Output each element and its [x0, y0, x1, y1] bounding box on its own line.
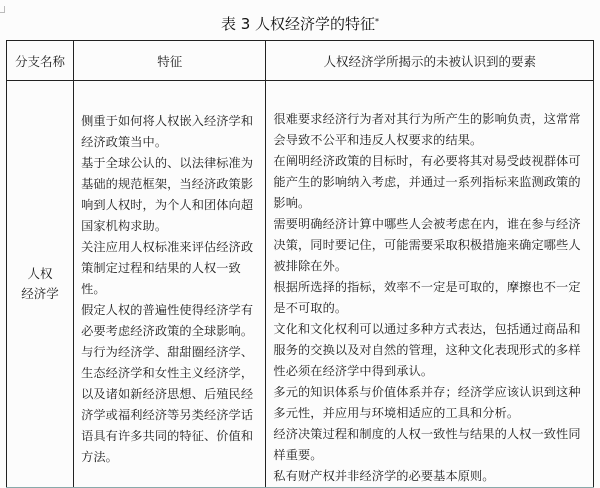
element-item: 多元的知识体系与价值体系并存；经济学应该认识到这种多元性，并应用与环境相适应的工… [273, 382, 587, 424]
page-corner-mark [0, 6, 5, 13]
unrecognized-elements-cell: 很难要求经济行为者对其行为所产生的影响负责，这常常会导致不公平和违反人权要求的结… [266, 81, 594, 488]
table-row: 人权 经济学 侧重于如何将人权嵌入经济学和经济政策当中。 基于全球公认的、以法律… [7, 81, 594, 488]
branch-name-line: 经济学 [7, 284, 73, 304]
branch-name-cell: 人权 经济学 [7, 81, 74, 488]
table-title-text: 表 3 人权经济学的特征 [221, 15, 375, 33]
header-unrecognized-elements: 人权经济学所揭示的未被认识到的要素 [266, 41, 594, 81]
element-item: 经济决策过程和制度的人权一致性与结果的人权一致性同样重要。 [273, 424, 587, 466]
characteristics-table: 分支名称 特征 人权经济学所揭示的未被认识到的要素 人权 经济学 侧重于如何将人… [6, 40, 594, 488]
branch-name-line: 人权 [7, 264, 73, 284]
table-title: 表 3 人权经济学的特征* [0, 13, 600, 35]
element-item: 私有财产权并非经济学的必要基本原则。 [273, 466, 587, 487]
characteristic-item: 侧重于如何将人权嵌入经济学和经济政策当中。 [81, 111, 259, 153]
footnote-mark: * [375, 17, 379, 26]
header-branch-name: 分支名称 [7, 41, 74, 81]
characteristic-item: 假定人权的普遍性使得经济学有必要考虑经济政策的全球影响。 [81, 300, 259, 342]
element-item: 很难要求经济行为者对其行为所产生的影响负责，这常常会导致不公平和违反人权要求的结… [273, 109, 587, 151]
characteristic-item: 关注应用人权标准来评估经济政策制定过程和结果的人权一致性。 [81, 237, 259, 300]
table-header-row: 分支名称 特征 人权经济学所揭示的未被认识到的要素 [7, 41, 594, 81]
element-item: 需要明确经济计算中哪些人会被考虑在内，谁在参与经济决策，同时要记住，可能需要采取… [273, 214, 587, 277]
characteristic-item: 基于全球公认的、以法律标准为基础的规范框架，当经济政策影响到人权时，为个人和团体… [81, 153, 259, 237]
characteristics-cell: 侧重于如何将人权嵌入经济学和经济政策当中。 基于全球公认的、以法律标准为基础的规… [74, 81, 266, 488]
element-item: 文化和文化权利可以通过多种方式表达，包括通过商品和服务的交换以及对自然的管理，这… [273, 319, 587, 382]
element-item: 在阐明经济政策的目标时，有必要将其对易受歧视群体可能产生的影响纳入考虑，并通过一… [273, 151, 587, 214]
characteristic-item: 与行为经济学、甜甜圈经济学、生态经济学和女性主义经济学，以及诸如新经济思想、后殖… [81, 342, 259, 468]
header-characteristics: 特征 [74, 41, 266, 81]
element-item: 根据所选择的指标，效率不一定是可取的，摩擦也不一定是不可取的。 [273, 277, 587, 319]
